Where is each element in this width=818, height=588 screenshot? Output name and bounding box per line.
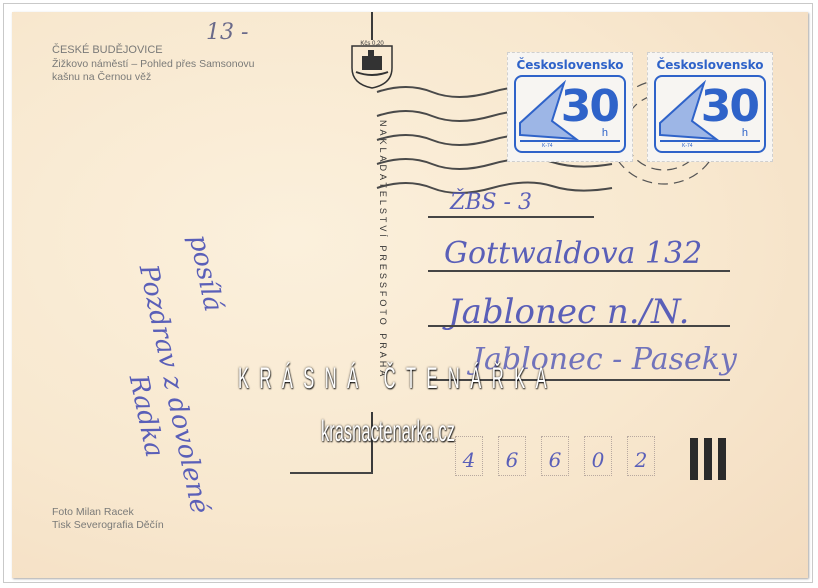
stamp-value: 30 xyxy=(701,81,758,132)
stamp-country: Československo xyxy=(508,58,632,72)
stamp-unit: h xyxy=(602,127,608,139)
address-rule-3 xyxy=(428,325,730,327)
postage-stamp-1: Československo 30 h K-74 xyxy=(507,52,633,162)
postal-bar xyxy=(718,438,726,480)
watermark-url: krasnactenarka.cz xyxy=(321,415,455,449)
postal-digit: 6 xyxy=(498,448,526,472)
stamp-code: K-74 xyxy=(682,143,693,149)
postal-bar xyxy=(690,438,698,480)
watermark-title: KRÁSNÁ ČTENÁŘKA xyxy=(238,362,557,396)
address-line-2: Gottwaldova 132 xyxy=(444,236,702,271)
address-rule-2 xyxy=(428,270,730,272)
postage-stamp-2: Československo 30 h K-74 xyxy=(647,52,773,162)
address-line-1: ŽBS - 3 xyxy=(450,190,532,215)
stamp-unit: h xyxy=(742,127,748,139)
stamp-value: 30 xyxy=(561,81,618,132)
stamp-code: K-74 xyxy=(542,143,553,149)
address-rule-1 xyxy=(428,216,594,218)
postal-digit: 6 xyxy=(541,448,569,472)
stamp-country: Československo xyxy=(648,58,772,72)
postal-digit: 4 xyxy=(455,448,483,472)
postal-digit: 2 xyxy=(627,448,655,472)
stamp-design: 30 h K-74 xyxy=(514,75,626,153)
postal-bar xyxy=(704,438,712,480)
postal-digit: 0 xyxy=(584,448,612,472)
stamp-design: 30 h K-74 xyxy=(654,75,766,153)
postcard-back: ČESKÉ BUDĚJOVICE Žižkovo náměstí – Pohle… xyxy=(12,12,808,578)
